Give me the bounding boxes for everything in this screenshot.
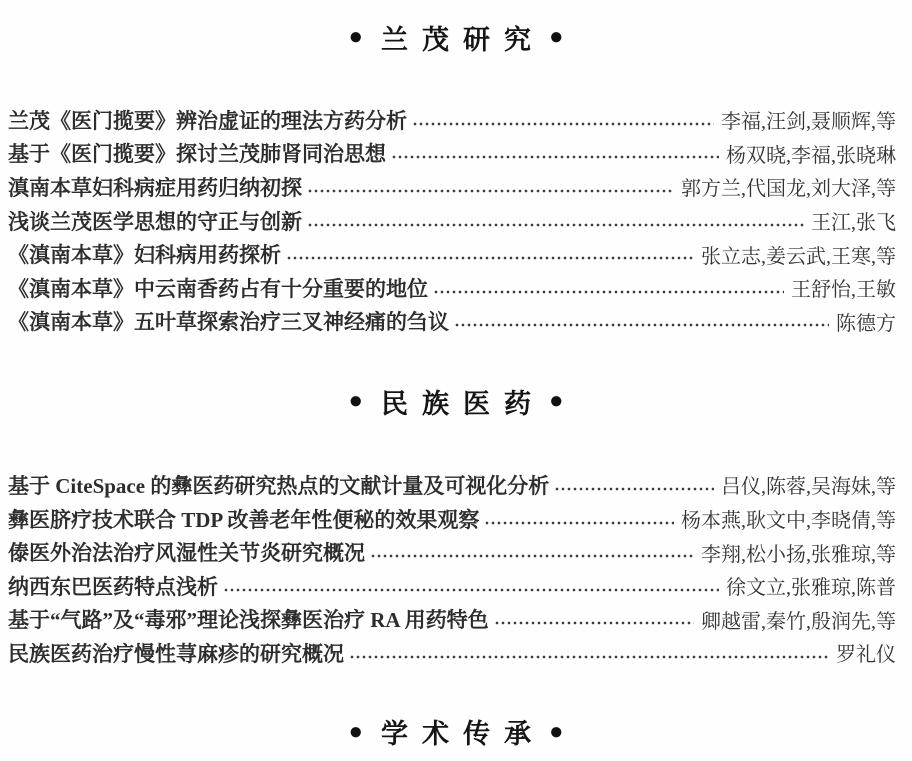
bullet-icon: ● (349, 25, 364, 49)
dot-leader (484, 502, 674, 536)
toc-entry: 彝医脐疗技术联合 TDP 改善老年性便秘的效果观察 杨本燕,耿文中,李晓倩,等 (8, 502, 896, 536)
article-title: 《滇南本草》五叶草探索治疗三叉神经痛的刍议 (8, 306, 449, 336)
dot-leader (454, 305, 829, 339)
article-title: 兰茂《医门揽要》辨治虚证的理法方药分析 (8, 105, 407, 135)
article-authors: 郭方兰,代国龙,刘大泽,等 (681, 172, 896, 201)
dot-leader (433, 271, 784, 305)
dot-leader (370, 535, 694, 569)
article-title: 基于《医门揽要》探讨兰茂肺肾同治思想 (8, 138, 386, 168)
toc-entry: 基于 CiteSpace 的彝医药研究热点的文献计量及可视化分析 吕仪,陈蓉,吴… (8, 468, 896, 502)
toc-entry: 兰茂《医门揽要》辨治虚证的理法方药分析 李福,汪剑,聂顺辉,等 (8, 103, 896, 137)
article-authors: 李福,汪剑,聂顺辉,等 (721, 105, 896, 134)
article-title: 《滇南本草》妇科病用药探析 (8, 239, 281, 269)
article-title: 基于 CiteSpace 的彝医药研究热点的文献计量及可视化分析 (8, 470, 549, 500)
article-authors: 卿越雷,秦竹,殷润先,等 (701, 605, 896, 634)
toc-entry: 傣医外治法治疗风湿性关节炎研究概况 李翔,松小扬,张雅琼,等 (8, 535, 896, 569)
article-authors: 罗礼仪 (836, 638, 896, 667)
article-title: 民族医药治疗慢性荨麻疹的研究概况 (8, 638, 344, 668)
toc-entry: 滇南本草妇科病症用药归纳初探 郭方兰,代国龙,刘大泽,等 (8, 170, 896, 204)
article-title: 纳西东巴医药特点浅析 (8, 571, 218, 601)
article-title: 彝医脐疗技术联合 TDP 改善老年性便秘的效果观察 (8, 504, 479, 534)
dot-leader (223, 569, 719, 603)
toc-entry: 《滇南本草》中云南香药占有十分重要的地位 王舒怡,王敏 (8, 271, 896, 305)
section-header-lanmao-research: ● 兰茂研究 ● (0, 16, 912, 58)
article-authors: 徐文立,张雅琼,陈普 (726, 571, 896, 600)
bullet-icon: ● (349, 389, 364, 413)
journal-toc-page: ● 兰茂研究 ● 兰茂《医门揽要》辨治虚证的理法方药分析 李福,汪剑,聂顺辉,等… (0, 0, 912, 761)
toc-entry: 《滇南本草》妇科病用药探析 张立志,姜云武,王寒,等 (8, 237, 896, 271)
article-title: 滇南本草妇科病症用药归纳初探 (8, 172, 302, 202)
toc-entry: 《滇南本草》五叶草探索治疗三叉神经痛的刍议 陈德方 (8, 305, 896, 339)
article-authors: 李翔,松小扬,张雅琼,等 (701, 538, 896, 567)
article-authors: 吕仪,陈蓉,吴海妹,等 (721, 470, 896, 499)
article-authors: 王江,张飞 (811, 206, 896, 235)
toc-entry: 浅谈兰茂医学思想的守正与创新 王江,张飞 (8, 204, 896, 238)
article-authors: 杨本燕,耿文中,李晓倩,等 (681, 504, 896, 533)
toc-entry: 基于《医门揽要》探讨兰茂肺肾同治思想 杨双晓,李福,张晓琳 (8, 137, 896, 171)
toc-entry: 基于“气路”及“毒邪”理论浅探彝医治疗 RA 用药特色 卿越雷,秦竹,殷润先,等 (8, 603, 896, 637)
section-header-academic-inheritance: ● 学术传承 ● (0, 711, 912, 753)
article-authors: 杨双晓,李福,张晓琳 (726, 139, 896, 168)
article-title: 《滇南本草》中云南香药占有十分重要的地位 (8, 273, 428, 303)
article-title: 浅谈兰茂医学思想的守正与创新 (8, 206, 302, 236)
article-authors: 王舒怡,王敏 (791, 273, 896, 302)
section-title: 民族医药 (381, 382, 545, 421)
dot-leader (349, 636, 829, 670)
toc-list-ethnic-medicine: 基于 CiteSpace 的彝医药研究热点的文献计量及可视化分析 吕仪,陈蓉,吴… (0, 468, 912, 670)
article-authors: 张立志,姜云武,王寒,等 (701, 240, 896, 269)
bullet-icon: ● (349, 720, 364, 744)
dot-leader (286, 237, 694, 271)
dot-leader (412, 103, 714, 137)
bullet-icon: ● (549, 720, 564, 744)
dot-leader (494, 603, 694, 637)
section-title: 学术传承 (381, 712, 545, 751)
dot-leader (307, 204, 804, 238)
article-title: 傣医外治法治疗风湿性关节炎研究概况 (8, 537, 365, 567)
article-authors: 陈德方 (836, 307, 896, 336)
toc-entry: 民族医药治疗慢性荨麻疹的研究概况 罗礼仪 (8, 636, 896, 670)
dot-leader (391, 137, 719, 171)
section-title: 兰茂研究 (381, 18, 545, 57)
dot-leader (307, 170, 674, 204)
toc-entry: 纳西东巴医药特点浅析 徐文立,张雅琼,陈普 (8, 569, 896, 603)
article-title: 基于“气路”及“毒邪”理论浅探彝医治疗 RA 用药特色 (8, 604, 489, 634)
dot-leader (554, 468, 714, 502)
bullet-icon: ● (549, 25, 564, 49)
bullet-icon: ● (549, 389, 564, 413)
toc-list-lanmao-research: 兰茂《医门揽要》辨治虚证的理法方药分析 李福,汪剑,聂顺辉,等 基于《医门揽要》… (0, 103, 912, 338)
section-header-ethnic-medicine: ● 民族医药 ● (0, 380, 912, 422)
